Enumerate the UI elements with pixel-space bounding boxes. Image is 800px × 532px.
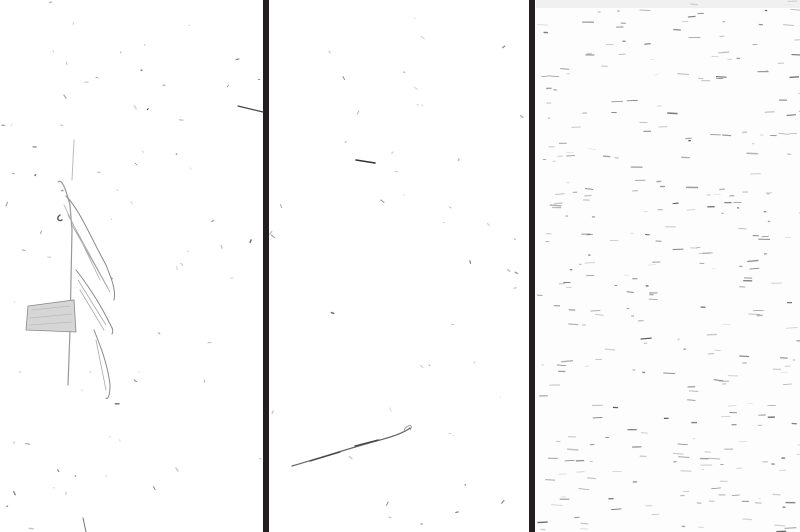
left-panel: [0, 0, 263, 532]
middle-panel: [269, 0, 529, 532]
right-panel: [535, 0, 800, 532]
triptych-image: [0, 0, 800, 532]
